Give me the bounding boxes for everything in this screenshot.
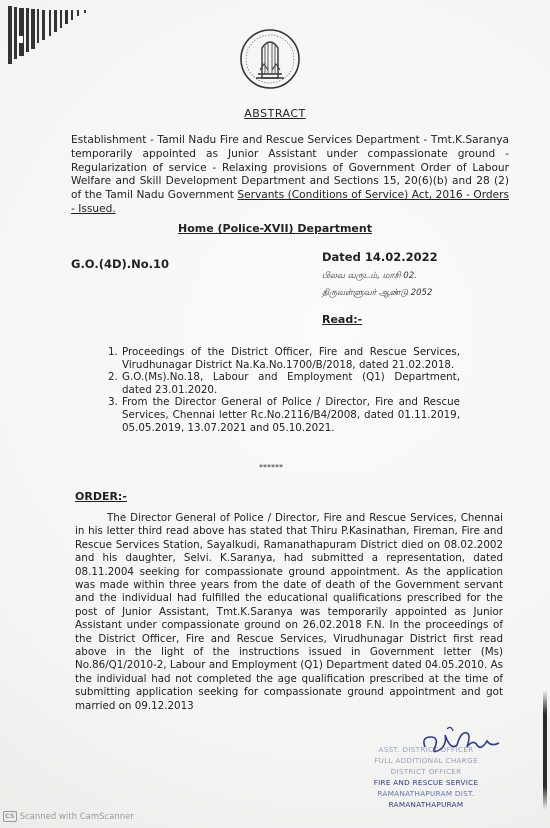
reference-item: 1. Proceedings of the District Officer, … [122,346,460,371]
reference-number: 1. [108,346,118,359]
reference-text: G.O.(Ms).No.18, Labour and Employment (Q… [122,371,460,396]
order-paragraph: The Director General of Police / Directo… [75,512,503,713]
tamil-nadu-emblem-icon [238,26,302,92]
reference-item: 3. From the Director General of Police /… [122,396,460,434]
tamil-date-line-1: பிலவ வருடம், மாசி 02. [322,271,417,282]
stamp-line: ASST. DISTRICT OFFICER [362,744,490,755]
go-number: G.O.(4D).No.10 [71,257,169,271]
read-heading: Read:- [322,313,362,326]
page-edge-shadow [543,690,547,810]
watermark-text: Scanned with CamScanner [20,812,134,822]
abstract-title: ABSTRACT [0,107,550,120]
camscanner-watermark: CS Scanned with CamScanner [3,811,134,822]
stamp-line: RAMANATHAPURAM DIST. [362,788,490,799]
stamp-line: FULL ADDITIONAL CHARGE [362,755,490,766]
reference-number: 2. [108,371,118,384]
order-date: Dated 14.02.2022 [322,250,438,264]
stamp-line: RAMANATHAPURAM [362,799,490,810]
order-heading: ORDER:- [75,490,127,503]
reference-text: Proceedings of the District Officer, Fir… [122,346,460,371]
tamil-date-line-2: திருவள்ளுவர் ஆண்டு 2052 [322,288,432,299]
reference-number: 3. [108,396,118,409]
references-list: 1. Proceedings of the District Officer, … [122,346,460,434]
official-stamp: ASST. DISTRICT OFFICER FULL ADDITIONAL C… [362,744,490,810]
reference-item: 2. G.O.(Ms).No.18, Labour and Employment… [122,371,460,396]
barcode-corner-icon [4,2,94,68]
scanned-page: ABSTRACT Establishment - Tamil Nadu Fire… [0,0,550,828]
stamp-line: DISTRICT OFFICER [362,766,490,777]
abstract-subject: Establishment - Tamil Nadu Fire and Resc… [71,134,509,217]
department-heading: Home (Police-XVII) Department [0,222,550,235]
reference-text: From the Director General of Police / Di… [122,396,460,433]
stamp-line: FIRE AND RESCUE SERVICE [362,777,490,788]
section-separator: ****** [259,463,283,472]
camscanner-logo-icon: CS [3,811,17,822]
